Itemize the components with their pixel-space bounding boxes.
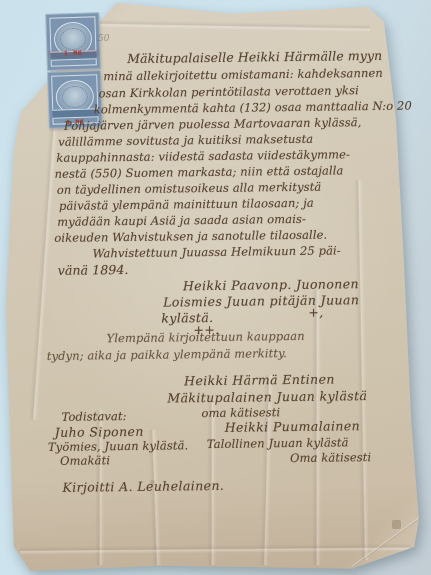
witness-title: Talollinen Juuan kylästä <box>207 435 349 451</box>
buyer-signature: oma kätisesti <box>201 405 280 420</box>
consent-line: tydyn; aika ja paikka ylempänä merkitty. <box>47 346 287 363</box>
deed-body-line: myädään kaupi Asiä ja saada asian omais- <box>57 212 306 229</box>
witness-title: Työmies, Juuan kylästä. <box>48 438 189 454</box>
deed-body-line: osan Kirkkolan perintötilasta verottaen … <box>99 83 359 100</box>
buyer-signature: Heikki Härmä Entinen <box>184 371 335 388</box>
handwriting-layer: Mäkitupalaiselle Heikki Härmälle myyn mi… <box>0 0 431 575</box>
seller-signature: Loismies Juuan pitäjän Juuan <box>163 292 359 309</box>
seller-handmark: +, <box>308 305 323 320</box>
photo-of-document: 1 MK 1 MK 50 Mäkitupalaiselle Heikki Här… <box>0 0 431 575</box>
witness-name: Juho Siponen <box>55 424 144 440</box>
deed-body-line: nestä (550) Suomen markasta; niin että o… <box>54 163 343 181</box>
consent-line: Ylempänä kirjoitettuun kauppaan <box>106 329 304 345</box>
witness-subscript: Oma kätisesti <box>290 450 371 465</box>
deed-body-line: Mäkitupalaiselle Heikki Härmälle myyn <box>127 48 382 66</box>
deed-date-line: vänä 1894. <box>58 262 129 278</box>
buyer-signature: Mäkitupalainen Juuan kylästä <box>167 388 367 405</box>
deed-body-line: päivästä ylempänä mainittuun tilaosaan; … <box>59 196 314 213</box>
witnesses-heading: Todistavat: <box>61 409 126 424</box>
deed-date-line: Wahvistettuun Juuassa Helmikuun 25 päi- <box>92 243 340 260</box>
deed-body-line: oikeuden Wahvistuksen ja sanotulle tilao… <box>54 228 327 245</box>
witness-name: Heikki Puumalainen <box>225 418 361 435</box>
deed-body-line: kauppahinnasta: viidestä sadasta viidest… <box>56 147 350 165</box>
deed-body-line: minä allekirjoitettu omistamani: kahdeks… <box>103 66 383 83</box>
witness-subscript: Omakäti <box>60 453 110 468</box>
scribe-signature: Kirjoitti A. Leuhelainen. <box>62 478 224 495</box>
deed-body-line: kolmenkymmentä kahta (132) osaa manttaal… <box>94 99 412 117</box>
seller-signature: Heikki Paavonp. Juononen <box>183 276 359 293</box>
deed-body-line: Pohjajärven järven puolessa Martovaaran … <box>64 115 362 133</box>
deed-body-line: välillämme sovitusta ja kuitiksi maksetu… <box>58 132 313 149</box>
deed-body-line: on täydellinen omistusoikeus alla merkit… <box>57 180 322 197</box>
